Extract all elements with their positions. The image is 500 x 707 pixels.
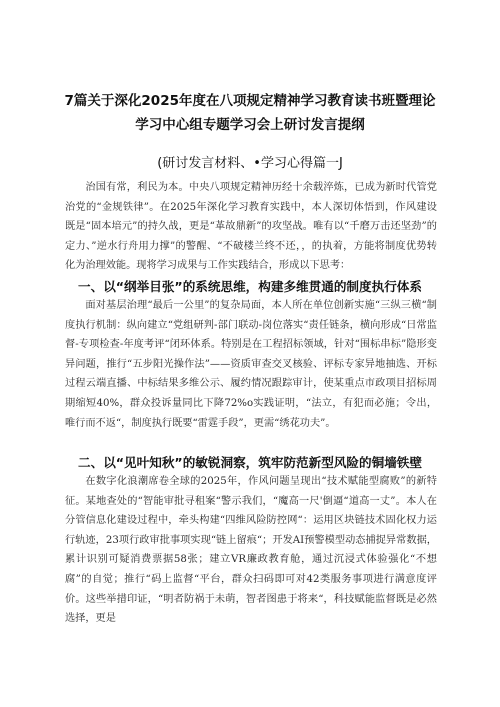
section-2-paragraph: 在数字化浪潮席卷全球的2025年，作风问题呈现出“技术赋能型腐败”的新特征。某地…: [65, 472, 437, 629]
document-subtitle: (研讨发言材料、•学习心得篇一J: [0, 152, 500, 171]
section-1-body: 面对基层治理“最后一公里”的复杂局面，本人所在单位创新实施“三纵三横“制度执行机…: [65, 296, 437, 433]
intro-paragraph: 治国有常，利民为本。中央八项规定精神历经十余载淬炼，已成为新时代管党治党的“金规…: [65, 178, 437, 276]
section-2-body: 在数字化浪潮席卷全球的2025年，作风问题呈现出“技术赋能型腐败”的新特征。某地…: [65, 472, 437, 629]
document-title-line-1: 7篇关于深化2025年度在八项规定精神学习教育读书班暨理论: [0, 89, 500, 109]
document-title-line-2: 学习中心组专题学习会上研讨发言提纲: [0, 113, 500, 133]
document-page: 7篇关于深化2025年度在八项规定精神学习教育读书班暨理论 学习中心组专题学习会…: [0, 0, 500, 707]
section-1-paragraph: 面对基层治理“最后一公里”的复杂局面，本人所在单位创新实施“三纵三横“制度执行机…: [65, 296, 437, 433]
section-2-heading: 二、以“见叶知秋”的敏锐洞察，筑牢防范新型风险的铜墙铁壁: [0, 452, 500, 471]
intro-paragraph-block: 治国有常，利民为本。中央八项规定精神历经十余载淬炼，已成为新时代管党治党的“金规…: [65, 178, 437, 276]
section-1-heading: 一、以“纲举目张”的系统思维，构建多维贯通的制度执行体系: [0, 276, 500, 295]
